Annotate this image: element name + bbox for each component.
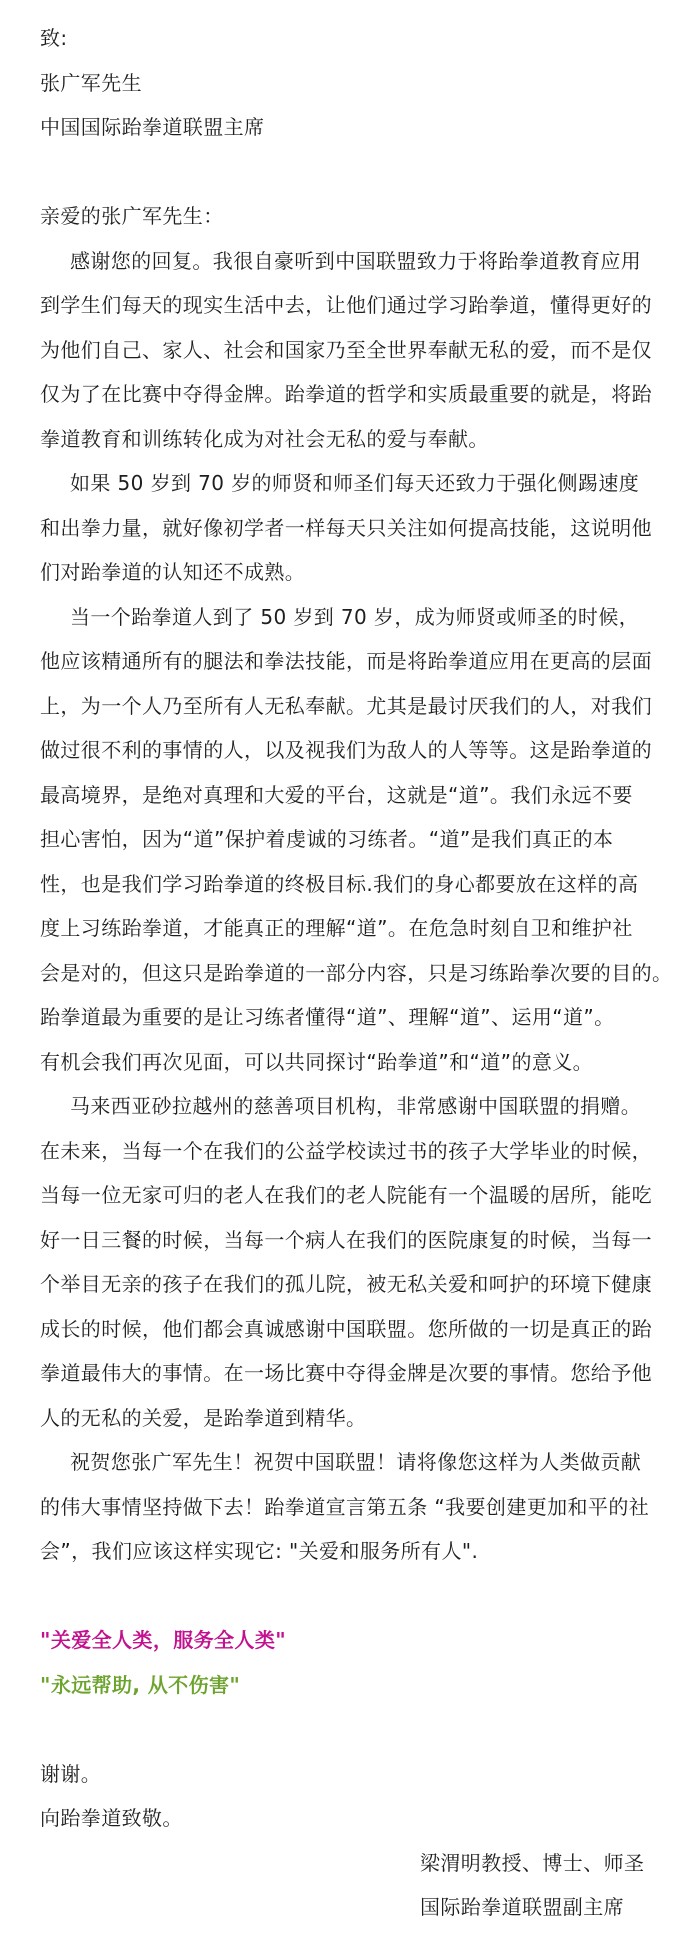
spacer	[40, 1574, 662, 1619]
body-line: 的伟大事情坚持做下去！跆拳道宣言第五条 “我要创建更加和平的社	[40, 1485, 662, 1530]
recipient-label: 致:	[40, 16, 662, 61]
body-line: 会”，我们应该这样实现它: "关爱和服务所有人".	[40, 1529, 662, 1574]
body-line: 们对跆拳道的认知还不成熟。	[40, 550, 662, 595]
body-line: 跆拳道最为重要的是让习练者懂得“道”、理解“道”、运用“道”。	[40, 995, 662, 1040]
body-line: 仅为了在比赛中夺得金牌。跆拳道的哲学和实质最重要的就是，将跆	[40, 372, 662, 417]
body-line: 上，为一个人乃至所有人无私奉献。尤其是最讨厌我们的人，对我们	[40, 684, 662, 729]
closing-salute: 向跆拳道致敬。	[40, 1796, 662, 1841]
body-line: 感谢您的回复。我很自豪听到中国联盟致力于将跆拳道教育应用	[40, 239, 662, 284]
letter-document: 致: 张广军先生 中国国际跆拳道联盟主席 亲爱的张广军先生： 感谢您的回复。我很…	[0, 0, 700, 1930]
body-line: 好一日三餐的时候，当每一个病人在我们的医院康复的时候，当每一	[40, 1218, 662, 1263]
body-line: 祝贺您张广军先生！祝贺中国联盟！请将像您这样为人类做贡献	[40, 1440, 662, 1485]
body-line: 做过很不利的事情的人，以及视我们为敌人的人等等。这是跆拳道的	[40, 728, 662, 773]
salutation: 亲爱的张广军先生：	[40, 194, 662, 239]
body-line: 马来西亚砂拉越州的慈善项目机构，非常感谢中国联盟的捐赠。	[40, 1084, 662, 1129]
body-line: 当每一位无家可归的老人在我们的老人院能有一个温暖的居所，能吃	[40, 1173, 662, 1218]
body-line: 个举目无亲的孩子在我们的孤儿院，被无私关爱和呵护的环境下健康	[40, 1262, 662, 1307]
slogan-always-help: "永远帮助, 从不伤害"	[40, 1663, 662, 1708]
spacer	[40, 1707, 662, 1752]
body-line: 为他们自己、家人、社会和国家乃至全世界奉献无私的爱，而不是仅	[40, 328, 662, 373]
signature-block: 梁渭明教授、博士、师圣 国际跆拳道联盟副主席	[40, 1841, 662, 1930]
signature-name: 梁渭明教授、博士、师圣	[40, 1841, 662, 1886]
body-line: 到学生们每天的现实生活中去，让他们通过学习跆拳道，懂得更好的	[40, 283, 662, 328]
body-line: 有机会我们再次见面，可以共同探讨“跆拳道”和“道”的意义。	[40, 1040, 662, 1085]
recipient-title: 中国国际跆拳道联盟主席	[40, 105, 662, 150]
body-line: 担心害怕，因为“道”保护着虔诚的习练者。“道”是我们真正的本	[40, 817, 662, 862]
body-line: 会是对的，但这只是跆拳道的一部分内容，只是习练跆拳次要的目的。	[40, 951, 662, 996]
body-line: 如果 50 岁到 70 岁的师贤和师圣们每天还致力于强化侧踢速度	[40, 461, 662, 506]
body-line: 成长的时候，他们都会真诚感谢中国联盟。您所做的一切是真正的跆	[40, 1307, 662, 1352]
body-line: 拳道教育和训练转化成为对社会无私的爱与奉献。	[40, 417, 662, 462]
body-line: 最高境界，是绝对真理和大爱的平台，这就是“道”。我们永远不要	[40, 773, 662, 818]
body-line: 性，也是我们学习跆拳道的终极目标.我们的身心都要放在这样的高	[40, 862, 662, 907]
body-line: 人的无私的关爱，是跆拳道到精华。	[40, 1396, 662, 1441]
body-line: 当一个跆拳道人到了 50 岁到 70 岁，成为师贤或师圣的时候，	[40, 595, 662, 640]
letter-page: 致: 张广军先生 中国国际跆拳道联盟主席 亲爱的张广军先生： 感谢您的回复。我很…	[0, 0, 700, 1940]
body-line: 拳道最伟大的事情。在一场比赛中夺得金牌是次要的事情。您给予他	[40, 1351, 662, 1396]
body-line: 度上习练跆拳道，才能真正的理解“道”。在危急时刻自卫和维护社	[40, 906, 662, 951]
body-line: 和出拳力量，就好像初学者一样每天只关注如何提高技能，这说明他	[40, 506, 662, 551]
recipient-name: 张广军先生	[40, 61, 662, 106]
spacer	[40, 150, 662, 195]
slogan-care-for-humanity: "关爱全人类，服务全人类"	[40, 1618, 662, 1663]
body-line: 他应该精通所有的腿法和拳法技能，而是将跆拳道应用在更高的层面	[40, 639, 662, 684]
body-line: 在未来，当每一个在我们的公益学校读过书的孩子大学毕业的时候，	[40, 1129, 662, 1174]
signature-title: 国际跆拳道联盟副主席	[40, 1885, 662, 1930]
closing-thanks: 谢谢。	[40, 1752, 662, 1797]
